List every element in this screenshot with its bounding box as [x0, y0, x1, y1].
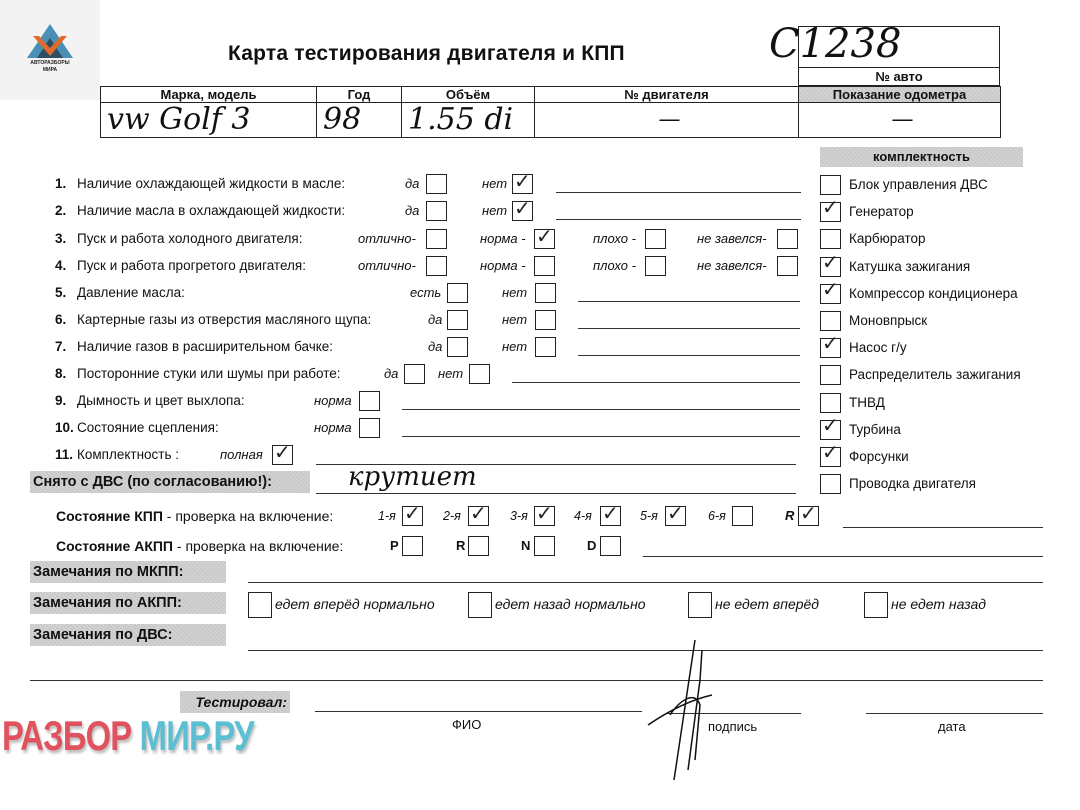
completeness-checkbox[interactable] — [820, 175, 841, 195]
checklist-row: 4.Пуск и работа прогретого двигателя: — [55, 256, 306, 276]
col-odometer: Показание одометра — [799, 87, 1001, 103]
completeness-checkbox[interactable] — [820, 474, 841, 494]
remarks-dvs-line-2[interactable] — [30, 680, 1043, 681]
auto-number-value[interactable]: C1238 — [769, 21, 901, 67]
remarks-mkpp-label: Замечания по МКПП: — [30, 561, 226, 583]
option-label: норма - — [480, 229, 526, 249]
company-logo: АВТОРАЗБОРЫ МИРА — [0, 0, 100, 100]
checklist-row: 5.Давление масла: — [55, 283, 185, 303]
odometer-value[interactable]: — — [799, 103, 1001, 138]
completeness-checkbox[interactable]: ✓ — [820, 420, 841, 440]
kpp-gear-label: 6-я — [708, 506, 726, 526]
year-value[interactable]: 98 — [317, 103, 402, 138]
checkmark-icon: ✓ — [822, 279, 839, 299]
completeness-checkbox[interactable]: ✓ — [820, 447, 841, 467]
option-label: нет — [438, 364, 463, 384]
akpp-remark-option[interactable]: не едет вперёд — [688, 592, 819, 616]
checkmark-icon: ✓ — [602, 501, 619, 525]
row-label: Пуск и работа прогретого двигателя: — [77, 258, 306, 273]
option-label: нет — [482, 174, 507, 194]
brand-watermark: РАЗБОР МИР.РУ — [2, 712, 254, 760]
option-label: норма — [314, 418, 352, 438]
completeness-label: Насос г/у — [849, 338, 907, 358]
option-label: нет — [502, 283, 527, 303]
kpp-gear-label: 3-я — [510, 506, 528, 526]
option-checkbox[interactable] — [777, 229, 798, 249]
completeness-checkbox[interactable] — [820, 229, 841, 249]
checklist-row: 9.Дымность и цвет выхлопа: — [55, 391, 245, 411]
kpp-gear-label: 4-я — [574, 506, 592, 526]
completeness-label: Форсунки — [849, 447, 909, 467]
brand-part2: МИР.РУ — [140, 712, 254, 759]
row-number: 11. — [55, 445, 77, 465]
option-label: нет — [482, 201, 507, 221]
auto-number-label: № авто — [799, 67, 999, 86]
row-number: 6. — [55, 310, 77, 330]
row-number: 8. — [55, 364, 77, 384]
removed-line — [316, 493, 796, 494]
checkmark-icon: ✓ — [514, 196, 531, 220]
checkmark-icon: ✓ — [822, 197, 839, 217]
option-label: нет — [502, 337, 527, 357]
option-checkbox[interactable] — [404, 364, 425, 384]
comment-line[interactable] — [512, 382, 800, 383]
logo-mountain-icon — [27, 24, 73, 60]
akpp-remark-checkbox[interactable] — [248, 592, 272, 618]
completeness-label: Катушка зажигания — [849, 257, 970, 277]
logo-line1: АВТОРАЗБОРЫ — [0, 60, 100, 67]
option-checkbox[interactable] — [426, 174, 447, 194]
row-number: 4. — [55, 256, 77, 276]
akpp-gear-checkbox[interactable] — [468, 536, 489, 556]
checkmark-icon: ✓ — [822, 333, 839, 353]
comment-line[interactable] — [556, 219, 801, 220]
option-checkbox[interactable] — [777, 256, 798, 276]
row-label: Давление масла: — [77, 285, 185, 300]
completeness-label: Проводка двигателя — [849, 474, 976, 494]
option-checkbox[interactable]: ✓ — [534, 229, 555, 249]
logo-text: АВТОРАЗБОРЫ МИРА — [0, 60, 100, 74]
comment-line[interactable] — [402, 409, 800, 410]
akpp-label-rest: - проверка на включение: — [173, 538, 343, 554]
option-label: полная — [220, 445, 263, 465]
completeness-checkbox[interactable]: ✓ — [820, 202, 841, 222]
completeness-label: Моновпрыск — [849, 311, 927, 331]
akpp-gear-checkbox[interactable] — [600, 536, 621, 556]
checkmark-icon: ✓ — [822, 442, 839, 462]
kpp-gear-checkbox[interactable]: ✓ — [798, 506, 819, 526]
row-number: 9. — [55, 391, 77, 411]
option-checkbox[interactable] — [534, 256, 555, 276]
comment-line[interactable] — [556, 192, 801, 193]
option-label: да — [428, 337, 442, 357]
row-label: Картерные газы из отверстия масляного щу… — [77, 312, 371, 327]
option-label: да — [405, 174, 419, 194]
option-label: отлично- — [358, 256, 416, 276]
checkmark-icon: ✓ — [514, 169, 531, 193]
row-label: Дымность и цвет выхлопа: — [77, 393, 245, 408]
row-number: 7. — [55, 337, 77, 357]
kpp-label: Состояние КПП - проверка на включение: — [56, 506, 333, 526]
option-checkbox[interactable] — [469, 364, 490, 384]
akpp-label: Состояние АКПП - проверка на включение: — [56, 536, 343, 556]
row-label: Комплектность : — [77, 447, 179, 462]
removed-label: Снято с ДВС (по согласованию!): — [30, 471, 310, 493]
akpp-remark-checkbox[interactable] — [864, 592, 888, 618]
akpp-remark-option[interactable]: едет вперёд нормально — [248, 592, 435, 616]
kpp-label-bold: Состояние КПП — [56, 508, 163, 524]
akpp-remark-option[interactable]: едет назад нормально — [468, 592, 646, 616]
kpp-gear-checkbox[interactable]: ✓ — [600, 506, 621, 526]
option-label: да — [405, 201, 419, 221]
option-checkbox[interactable] — [535, 310, 556, 330]
completeness-checkbox[interactable] — [820, 365, 841, 385]
option-label: норма — [314, 391, 352, 411]
kpp-gear-label: R — [785, 506, 794, 526]
akpp-remark-label: не едет вперёд — [715, 596, 819, 612]
col-engine-number: № двигателя — [535, 87, 799, 103]
volume-value[interactable]: 1.55 di — [402, 103, 535, 138]
completeness-label: Блок управления ДВС — [849, 175, 988, 195]
checklist-row: 3.Пуск и работа холодного двигателя: — [55, 229, 303, 249]
row-number: 1. — [55, 174, 77, 194]
row-number: 2. — [55, 201, 77, 221]
completeness-label: Распределитель зажигания — [849, 365, 1021, 385]
checkmark-icon: ✓ — [800, 501, 817, 525]
completeness-checkbox[interactable] — [820, 393, 841, 413]
page-title: Карта тестирования двигателя и КПП — [228, 42, 625, 66]
row-number: 3. — [55, 229, 77, 249]
checklist-row: 11.Комплектность : — [55, 445, 179, 465]
signature-scribble-icon — [640, 630, 720, 780]
col-volume: Объём — [402, 87, 535, 103]
akpp-remark-checkbox[interactable] — [688, 592, 712, 618]
completeness-label: ТНВД — [849, 393, 885, 413]
option-checkbox[interactable]: ✓ — [512, 174, 533, 194]
akpp-remark-checkbox[interactable] — [468, 592, 492, 618]
kpp-label-rest: - проверка на включение: — [163, 508, 333, 524]
option-checkbox[interactable]: ✓ — [272, 445, 293, 465]
kpp-gear-checkbox[interactable]: ✓ — [534, 506, 555, 526]
kpp-gear-checkbox[interactable]: ✓ — [402, 506, 423, 526]
option-label: отлично- — [358, 229, 416, 249]
option-checkbox[interactable] — [535, 337, 556, 357]
option-checkbox[interactable] — [645, 256, 666, 276]
kpp-gear-checkbox[interactable]: ✓ — [665, 506, 686, 526]
kpp-gear-checkbox[interactable] — [732, 506, 753, 526]
checklist-row: 8.Посторонние стуки или шумы при работе: — [55, 364, 341, 384]
comment-line[interactable] — [402, 436, 800, 437]
akpp-remark-label: едет назад нормально — [495, 596, 646, 612]
comment-line[interactable] — [578, 328, 800, 329]
completeness-checkbox[interactable]: ✓ — [820, 257, 841, 277]
remarks-mkpp-line[interactable] — [248, 582, 1043, 583]
auto-number-box: C1238 № авто — [798, 26, 1000, 86]
akpp-remark-option[interactable]: не едет назад — [864, 592, 986, 616]
make-model-value[interactable]: vw Golf 3 — [101, 103, 317, 138]
completeness-label: Генератор — [849, 202, 914, 222]
akpp-gear-checkbox[interactable] — [402, 536, 423, 556]
akpp-remark-label: едет вперёд нормально — [275, 596, 435, 612]
col-year: Год — [317, 87, 402, 103]
vehicle-info-table: Марка, модель Год Объём № двигателя Пока… — [100, 86, 1001, 138]
kpp-gear-checkbox[interactable]: ✓ — [468, 506, 489, 526]
remarks-akpp-label: Замечания по АКПП: — [30, 592, 226, 614]
checklist-row: 1.Наличие охлаждающей жидкости в масле: — [55, 174, 345, 194]
comment-line[interactable] — [578, 301, 800, 302]
option-checkbox[interactable] — [535, 283, 556, 303]
item11-line — [316, 464, 796, 465]
brand-part1: РАЗБОР — [2, 712, 131, 759]
option-checkbox[interactable]: ✓ — [512, 201, 533, 221]
option-checkbox[interactable] — [447, 337, 468, 357]
option-label: да — [384, 364, 398, 384]
akpp-gear-checkbox[interactable] — [534, 536, 555, 556]
completeness-label: Карбюратор — [849, 229, 926, 249]
option-label: плохо - — [593, 229, 636, 249]
checkmark-icon: ✓ — [274, 440, 291, 464]
row-label: Наличие газов в расширительном бачке: — [77, 339, 333, 354]
akpp-label-bold: Состояние АКПП — [56, 538, 173, 554]
checkmark-icon: ✓ — [822, 252, 839, 272]
row-label: Состояние сцепления: — [77, 420, 219, 435]
option-checkbox[interactable] — [426, 229, 447, 249]
option-checkbox[interactable] — [447, 283, 468, 303]
checklist-row: 10.Состояние сцепления: — [55, 418, 219, 438]
fio-label: ФИО — [452, 717, 481, 732]
option-checkbox[interactable] — [645, 229, 666, 249]
row-number: 10. — [55, 418, 77, 438]
row-number: 5. — [55, 283, 77, 303]
engine-number-value[interactable]: — — [535, 103, 799, 138]
row-label: Пуск и работа холодного двигателя: — [77, 231, 303, 246]
checkmark-icon: ✓ — [822, 415, 839, 435]
checkmark-icon: ✓ — [470, 501, 487, 525]
row-label: Наличие масла в охлаждающей жидкости: — [77, 203, 345, 218]
checkmark-icon: ✓ — [536, 501, 553, 525]
option-checkbox[interactable] — [426, 201, 447, 221]
completeness-label: Компрессор кондиционера — [849, 284, 1018, 304]
logo-line2: МИРА — [0, 67, 100, 74]
date-label: дата — [938, 719, 966, 734]
fio-line[interactable] — [315, 711, 642, 712]
akpp-gear-label: D — [587, 536, 596, 556]
akpp-gear-label: P — [390, 536, 399, 556]
option-checkbox[interactable] — [426, 256, 447, 276]
option-label: плохо - — [593, 256, 636, 276]
completeness-header: комплектность — [820, 147, 1023, 167]
comment-line[interactable] — [578, 355, 800, 356]
kpp-gear-label: 2-я — [443, 506, 461, 526]
checkmark-icon: ✓ — [667, 501, 684, 525]
checklist-row: 6.Картерные газы из отверстия масляного … — [55, 310, 371, 330]
kpp-gear-label: 1-я — [378, 506, 396, 526]
option-checkbox[interactable] — [359, 418, 380, 438]
option-label: да — [428, 310, 442, 330]
option-label: не завелся- — [697, 229, 767, 249]
remarks-dvs-label: Замечания по ДВС: — [30, 624, 226, 646]
checkmark-icon: ✓ — [536, 224, 553, 248]
option-checkbox[interactable] — [359, 391, 380, 411]
completeness-checkbox[interactable]: ✓ — [820, 338, 841, 358]
akpp-remark-label: не едет назад — [891, 596, 986, 612]
kpp-gear-label: 5-я — [640, 506, 658, 526]
option-label: нет — [502, 310, 527, 330]
option-label: не завелся- — [697, 256, 767, 276]
date-line[interactable] — [866, 713, 1043, 714]
kpp-line — [843, 527, 1043, 528]
row-label: Посторонние стуки или шумы при работе: — [77, 366, 341, 381]
completeness-checkbox[interactable]: ✓ — [820, 284, 841, 304]
option-label: есть — [410, 283, 441, 303]
checklist-row: 2.Наличие масла в охлаждающей жидкости: — [55, 201, 345, 221]
checklist-row: 7.Наличие газов в расширительном бачке: — [55, 337, 333, 357]
akpp-gear-label: N — [521, 536, 530, 556]
akpp-gear-label: R — [456, 536, 465, 556]
option-label: норма - — [480, 256, 526, 276]
option-checkbox[interactable] — [447, 310, 468, 330]
removed-value[interactable]: крутиет — [348, 462, 477, 492]
row-label: Наличие охлаждающей жидкости в масле: — [77, 176, 345, 191]
tested-by-label: Тестировал: — [180, 691, 290, 713]
completeness-checkbox[interactable] — [820, 311, 841, 331]
akpp-line — [643, 556, 1043, 557]
checkmark-icon: ✓ — [404, 501, 421, 525]
completeness-label: Турбина — [849, 420, 901, 440]
col-make-model: Марка, модель — [101, 87, 317, 103]
